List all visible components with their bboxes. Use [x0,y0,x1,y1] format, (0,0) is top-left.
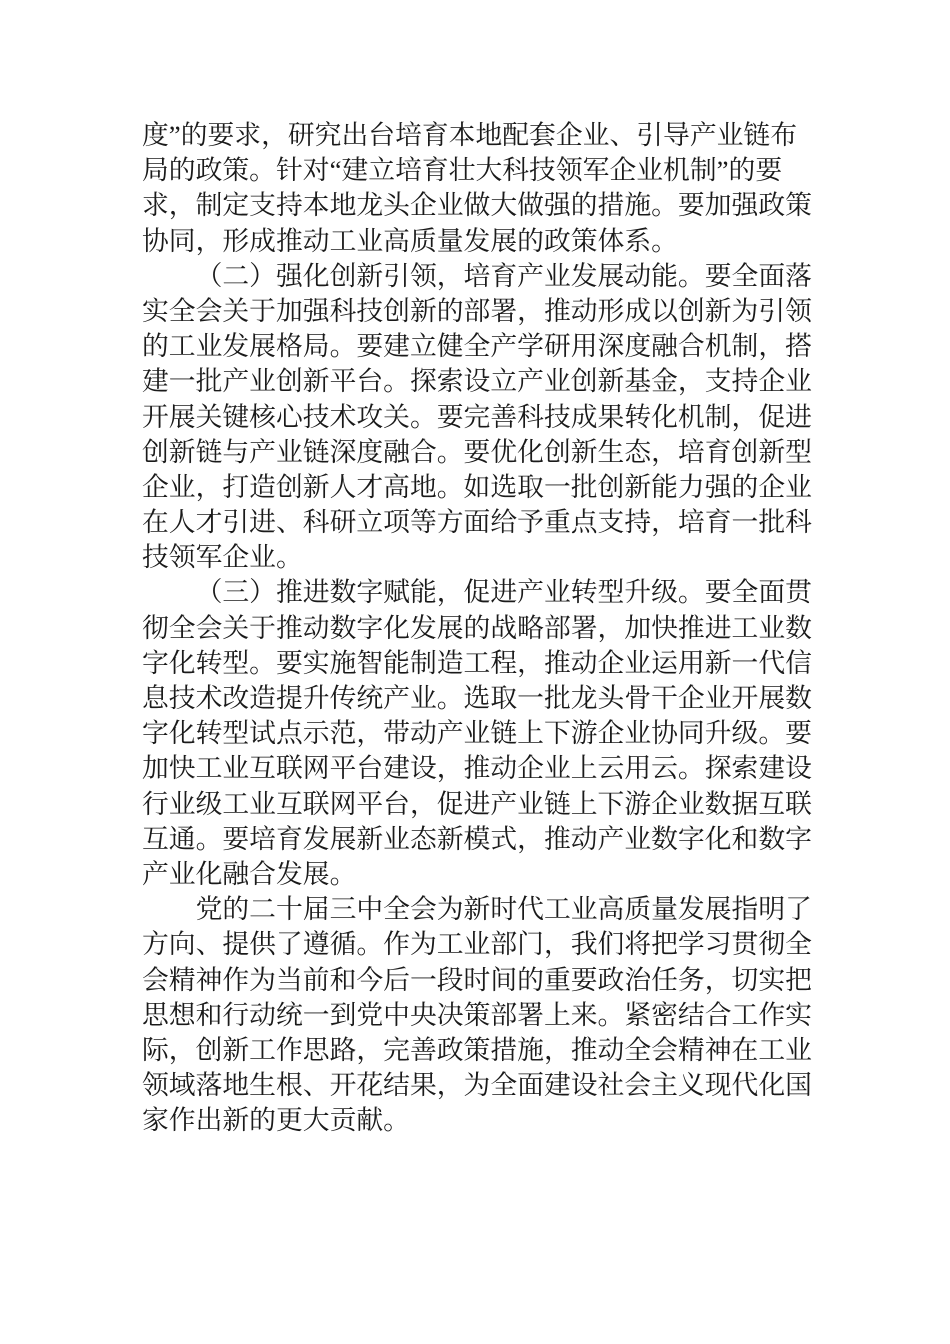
text-line: 技领军企业。 [142,540,818,575]
text-line: 领域落地生根、开花结果，为全面建设社会主义现代化国 [142,1068,818,1103]
text-line: 协同，形成推动工业高质量发展的政策体系。 [142,224,818,259]
document-body: 度”的要求，研究出台培育本地配套企业、引导产业链布局的政策。针对“建立培育壮大科… [142,118,818,1138]
text-line: 产业化融合发展。 [142,857,818,892]
document-page: 度”的要求，研究出台培育本地配套企业、引导产业链布局的政策。针对“建立培育壮大科… [0,0,950,1344]
text-line: 方向、提供了遵循。作为工业部门，我们将把学习贯彻全 [142,927,818,962]
paragraph: 度”的要求，研究出台培育本地配套企业、引导产业链布局的政策。针对“建立培育壮大科… [142,118,818,259]
text-line: 息技术改造提升传统产业。选取一批龙头骨干企业开展数 [142,681,818,716]
paragraph: 党的二十届三中全会为新时代工业高质量发展指明了方向、提供了遵循。作为工业部门，我… [142,892,818,1138]
text-line: 的工业发展格局。要建立健全产学研用深度融合机制，搭 [142,329,818,364]
text-line: （二）强化创新引领，培育产业发展动能。要全面落 [142,259,818,294]
document-page-background: { "page": { "background_color": "#ffffff… [0,0,950,1344]
text-line: 字化转型。要实施智能制造工程，推动企业运用新一代信 [142,646,818,681]
paragraph: （三）推进数字赋能，促进产业转型升级。要全面贯彻全会关于推动数字化发展的战略部署… [142,575,818,892]
text-line: 度”的要求，研究出台培育本地配套企业、引导产业链布 [142,118,818,153]
paragraph: （二）强化创新引领，培育产业发展动能。要全面落实全会关于加强科技创新的部署，推动… [142,259,818,576]
text-line: 建一批产业创新平台。探索设立产业创新基金，支持企业 [142,364,818,399]
text-line: 行业级工业互联网平台，促进产业链上下游企业数据互联 [142,787,818,822]
text-line: 际，创新工作思路，完善政策措施，推动全会精神在工业 [142,1033,818,1068]
text-line: 实全会关于加强科技创新的部署，推动形成以创新为引领 [142,294,818,329]
text-line: 企业，打造创新人才高地。如选取一批创新能力强的企业 [142,470,818,505]
text-line: 家作出新的更大贡献。 [142,1103,818,1138]
text-line: 党的二十届三中全会为新时代工业高质量发展指明了 [142,892,818,927]
text-line: （三）推进数字赋能，促进产业转型升级。要全面贯 [142,575,818,610]
text-line: 互通。要培育发展新业态新模式，推动产业数字化和数字 [142,822,818,857]
text-line: 彻全会关于推动数字化发展的战略部署，加快推进工业数 [142,611,818,646]
text-line: 在人才引进、科研立项等方面给予重点支持，培育一批科 [142,505,818,540]
text-line: 加快工业互联网平台建设，推动企业上云用云。探索建设 [142,751,818,786]
text-line: 会精神作为当前和今后一段时间的重要政治任务，切实把 [142,963,818,998]
text-line: 字化转型试点示范，带动产业链上下游企业协同升级。要 [142,716,818,751]
text-line: 开展关键核心技术攻关。要完善科技成果转化机制，促进 [142,400,818,435]
text-line: 创新链与产业链深度融合。要优化创新生态，培育创新型 [142,435,818,470]
text-line: 局的政策。针对“建立培育壮大科技领军企业机制”的要 [142,153,818,188]
text-line: 思想和行动统一到党中央决策部署上来。紧密结合工作实 [142,998,818,1033]
text-line: 求，制定支持本地龙头企业做大做强的措施。要加强政策 [142,188,818,223]
